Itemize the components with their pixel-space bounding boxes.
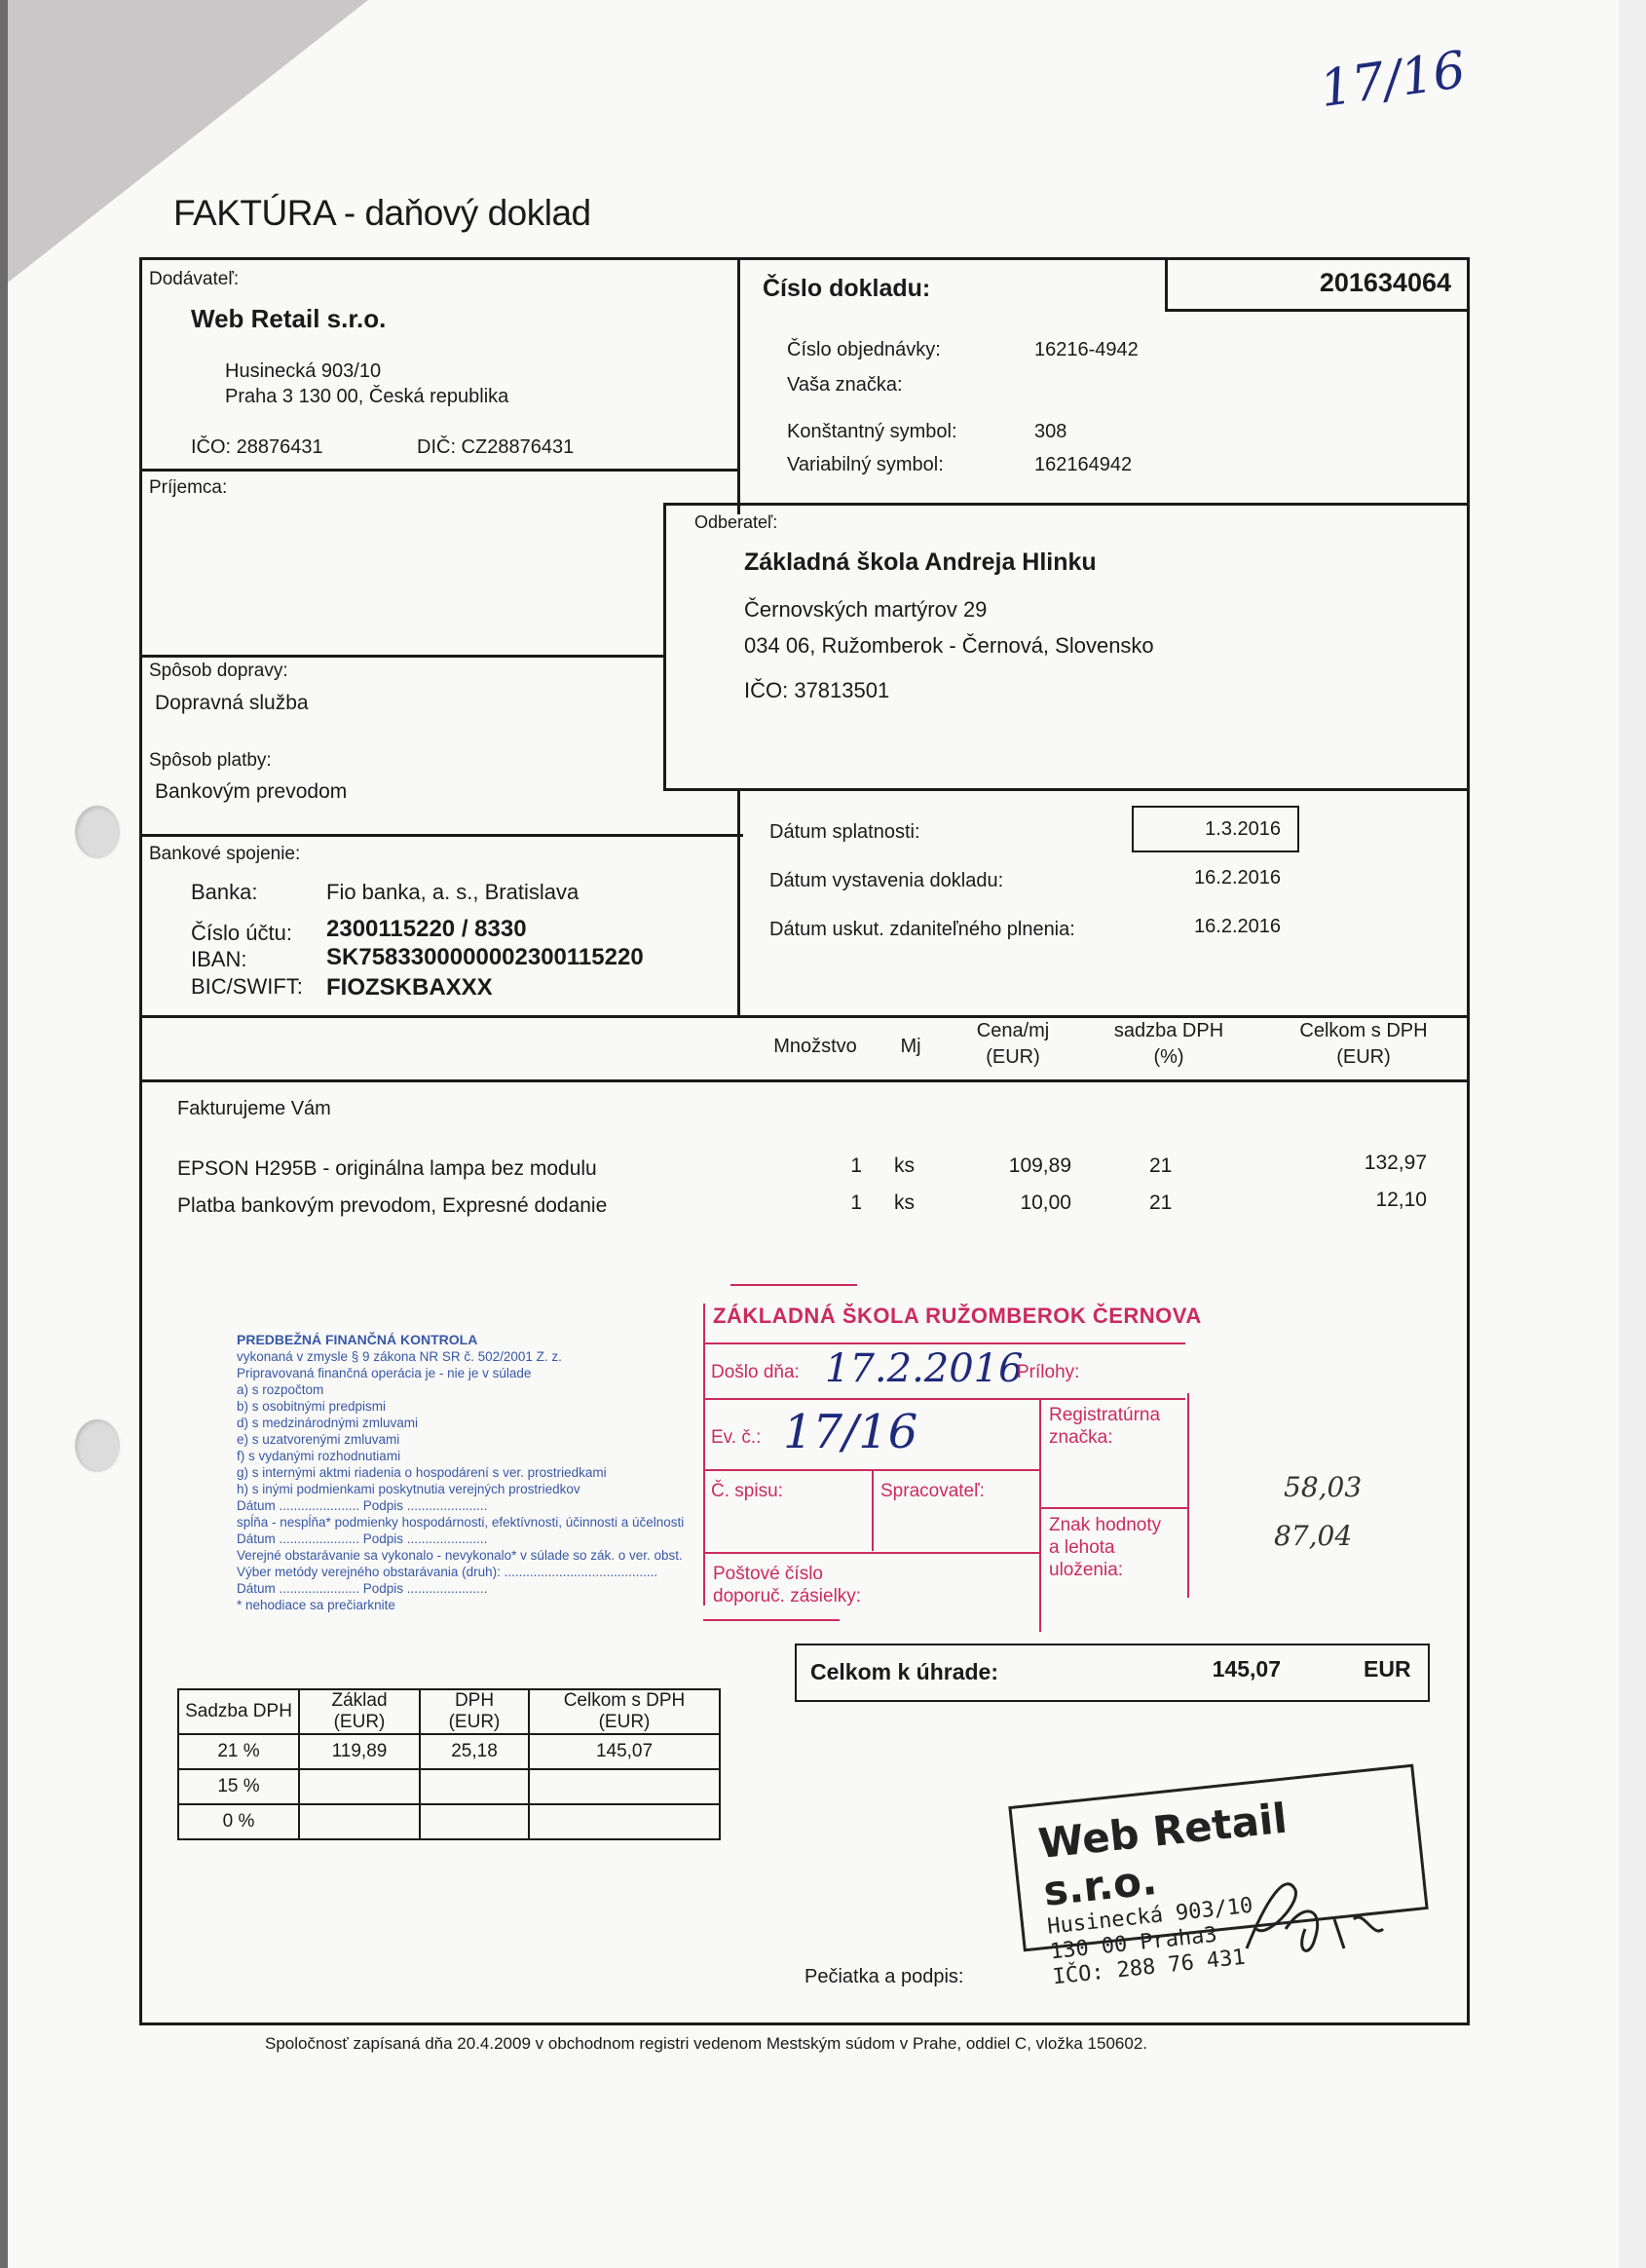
processor-label: Spracovateľ: — [880, 1481, 985, 1502]
vat-rate: 0 % — [178, 1804, 299, 1839]
vat-col-base: Základ (EUR) — [299, 1689, 420, 1734]
received-value: 17.2.2016 — [825, 1346, 1024, 1391]
swift-value: FIOZSKBAXXX — [326, 974, 493, 1002]
recipient-label: Príjemca: — [149, 477, 227, 499]
issue-date-value: 16.2.2016 — [1135, 867, 1281, 889]
payment-value: Bankovým prevodom — [155, 780, 347, 804]
account-label: Číslo účtu: — [191, 921, 292, 946]
col-qty-header: Množstvo — [762, 1036, 869, 1058]
signature-icon — [1227, 1861, 1403, 1968]
finance-control-line: Výber metódy verejného obstarávania (dru… — [237, 1564, 714, 1580]
taxable-date-value: 16.2.2016 — [1135, 916, 1281, 938]
scan-edge-right — [1619, 0, 1646, 2268]
item-total: 132,97 — [1305, 1152, 1427, 1175]
registry-stamp-heading: ZÁKLADNÁ ŠKOLA RUŽOMBEROK ČERNOVA — [713, 1304, 1202, 1329]
supplier-address-line2: Praha 3 130 00, Česká republika — [225, 386, 508, 408]
taxable-date-label: Dátum uskut. zdaniteľného plnenia: — [769, 919, 1075, 941]
vat-col-rate: Sadzba DPH — [178, 1689, 299, 1734]
vat-total: 145,07 — [529, 1734, 720, 1769]
registry-mark-label-1: Registratúrna — [1049, 1405, 1160, 1426]
item-qty: 1 — [808, 1154, 862, 1178]
customer-ico: IČO: 37813501 — [744, 678, 889, 703]
vat-rate: 21 % — [178, 1734, 299, 1769]
col-unit-header: Mj — [886, 1036, 935, 1058]
supplier-label: Dodávateľ: — [149, 269, 239, 290]
item-description: EPSON H295B - originálna lampa bez modul… — [177, 1157, 597, 1181]
divider — [139, 834, 743, 837]
customer-address-line2: 034 06, Ružomberok - Černová, Slovensko — [744, 633, 1154, 659]
due-date-label: Dátum splatnosti: — [769, 821, 920, 844]
divider — [737, 788, 740, 1018]
supplier-name: Web Retail s.r.o. — [191, 304, 386, 334]
item-description: Platba bankovým prevodom, Expresné dodan… — [177, 1194, 607, 1218]
document-number-label: Číslo dokladu: — [763, 275, 930, 303]
finance-control-line: * nehodiace sa prečiarknite — [237, 1597, 714, 1613]
finance-control-line: Dátum ...................... Podpis ....… — [237, 1531, 714, 1547]
received-label: Došlo dňa: — [711, 1362, 800, 1383]
finance-control-line: Pripravovaná finančná operácia je - nie … — [237, 1365, 714, 1381]
table-row: 0 % — [178, 1804, 720, 1839]
vat-summary-header-row: Sadzba DPH Základ (EUR) DPH (EUR) Celkom… — [178, 1689, 720, 1734]
order-number-value: 16216-4942 — [1034, 339, 1139, 361]
vat-base — [299, 1769, 420, 1804]
col-vat-header-1: sadzba DPH — [1091, 1020, 1247, 1042]
punch-hole-bottom — [73, 1417, 122, 1474]
finance-control-line: Dátum ...................... Podpis ....… — [237, 1497, 714, 1514]
col-total-header-1: Celkom s DPH — [1281, 1020, 1446, 1042]
finance-control-lines: vykonaná v zmysle § 9 zákona NR SR č. 50… — [237, 1348, 714, 1613]
account-value: 2300115220 / 8330 — [326, 916, 527, 943]
bank-label: Bankové spojenie: — [149, 844, 300, 865]
scan-edge-left — [0, 0, 8, 2268]
folded-corner — [8, 0, 368, 283]
finance-control-line: g) s internými aktmi riadenia o hospodár… — [237, 1464, 714, 1481]
finance-control-line: Verejné obstarávanie sa vykonalo - nevyk… — [237, 1547, 714, 1564]
vat-col-total: Celkom s DPH (EUR) — [529, 1689, 720, 1734]
items-intro: Fakturujeme Vám — [177, 1098, 331, 1120]
finance-control-line: vykonaná v zmysle § 9 zákona NR SR č. 50… — [237, 1348, 714, 1365]
finance-control-line: spĺňa - nespĺňa* podmienky hospodárnosti… — [237, 1514, 714, 1531]
col-vat-header-2: (%) — [1091, 1046, 1247, 1069]
table-row: 21 % 119,89 25,18 145,07 — [178, 1734, 720, 1769]
total-label: Celkom k úhrade: — [810, 1659, 998, 1685]
document-number-value: 201634064 — [1169, 268, 1451, 298]
vat-tax — [420, 1804, 529, 1839]
col-price-header-2: (EUR) — [954, 1046, 1071, 1069]
vat-col-tax: DPH (EUR) — [420, 1689, 529, 1734]
customer-label: Odberateľ: — [694, 512, 777, 533]
finance-control-line: Dátum ...................... Podpis ....… — [237, 1580, 714, 1597]
finance-control-line: e) s uzatvorenými zmluvami — [237, 1431, 714, 1448]
finance-control-heading: PREDBEŽNÁ FINANČNÁ KONTROLA — [237, 1332, 714, 1348]
iban-label: IBAN: — [191, 947, 246, 972]
total-value: 145,07 — [1120, 1656, 1281, 1682]
footer-registration: Spoločnosť zapísaná dňa 20.4.2009 v obch… — [265, 2034, 1147, 2054]
col-price-header-1: Cena/mj — [954, 1020, 1071, 1042]
your-ref-label: Vaša značka: — [787, 374, 903, 397]
finance-control-line: b) s osobitnými predpismi — [237, 1398, 714, 1415]
registry-stamp: ZÁKLADNÁ ŠKOLA RUŽOMBEROK ČERNOVA Došlo … — [703, 1276, 1251, 1625]
divider — [139, 1015, 1470, 1018]
value-mark-label-2: a lehota — [1049, 1537, 1115, 1559]
handwritten-reference: 17/16 — [1317, 41, 1470, 119]
item-unit: ks — [894, 1154, 915, 1178]
vat-total — [529, 1804, 720, 1839]
attachments-label: Prílohy: — [1017, 1362, 1079, 1383]
vat-base: 119,89 — [299, 1734, 420, 1769]
divider — [139, 1079, 1470, 1082]
item-price: 10,00 — [964, 1191, 1071, 1215]
col-total-header-2: (EUR) — [1281, 1046, 1446, 1069]
variable-symbol-label: Variabilný symbol: — [787, 454, 944, 476]
vat-tax: 25,18 — [420, 1734, 529, 1769]
handwritten-note-2: 87,04 — [1274, 1520, 1352, 1552]
supplier-dic: DIČ: CZ28876431 — [417, 436, 574, 459]
finance-control-stamp: PREDBEŽNÁ FINANČNÁ KONTROLA vykonaná v z… — [237, 1332, 714, 1613]
bank-name-label: Banka: — [191, 880, 258, 905]
issue-date-label: Dátum vystavenia dokladu: — [769, 870, 1003, 892]
vat-base — [299, 1804, 420, 1839]
variable-symbol-value: 162164942 — [1034, 454, 1132, 476]
item-vat: 21 — [1149, 1191, 1172, 1215]
supplier-address-line1: Husinecká 903/10 — [225, 360, 381, 383]
customer-name: Základná škola Andreja Hlinku — [744, 548, 1097, 577]
divider — [139, 655, 665, 658]
item-qty: 1 — [808, 1191, 862, 1215]
bank-name-value: Fio banka, a. s., Bratislava — [326, 880, 579, 905]
finance-control-line: h) s inými podmienkami poskytnutia verej… — [237, 1481, 714, 1497]
due-date-value: 1.3.2016 — [1135, 818, 1281, 841]
item-total: 12,10 — [1305, 1189, 1427, 1212]
postal-label-2: doporuč. zásielky: — [713, 1586, 861, 1607]
vat-tax — [420, 1769, 529, 1804]
scanned-invoice-page: 17/16 FAKTÚRA - daňový doklad Dodávateľ:… — [0, 0, 1646, 2268]
swift-label: BIC/SWIFT: — [191, 974, 303, 1000]
record-number-value: 17/16 — [783, 1405, 917, 1459]
registry-mark-label-2: značka: — [1049, 1427, 1112, 1449]
value-mark-label-1: Znak hodnoty — [1049, 1515, 1161, 1536]
delivery-value: Dopravná služba — [155, 692, 309, 715]
constant-symbol-label: Konštantný symbol: — [787, 421, 957, 443]
vat-rate: 15 % — [178, 1769, 299, 1804]
constant-symbol-value: 308 — [1034, 421, 1066, 443]
item-unit: ks — [894, 1191, 915, 1215]
postal-label-1: Poštové číslo — [713, 1564, 823, 1585]
vat-summary-table: Sadzba DPH Základ (EUR) DPH (EUR) Celkom… — [177, 1688, 721, 1840]
document-title: FAKTÚRA - daňový doklad — [173, 193, 591, 234]
iban-value: SK7583300000002300115220 — [326, 944, 644, 971]
signature-label: Pečiatka a podpis: — [804, 1966, 963, 1988]
vat-total — [529, 1769, 720, 1804]
finance-control-line: d) s medzinárodnými zmluvami — [237, 1415, 714, 1431]
payment-label: Spôsob platby: — [149, 750, 272, 772]
value-mark-label-3: uloženia: — [1049, 1560, 1123, 1581]
total-currency: EUR — [1364, 1656, 1411, 1682]
table-row: 15 % — [178, 1769, 720, 1804]
punch-hole-top — [73, 804, 122, 860]
divider — [737, 257, 740, 514]
delivery-label: Spôsob dopravy: — [149, 661, 288, 682]
handwritten-note-1: 58,03 — [1284, 1471, 1362, 1503]
customer-address-line1: Černovských martýrov 29 — [744, 597, 987, 623]
file-number-label: Č. spisu: — [711, 1481, 783, 1502]
divider — [139, 469, 740, 472]
item-price: 109,89 — [964, 1154, 1071, 1178]
finance-control-line: a) s rozpočtom — [237, 1381, 714, 1398]
record-number-label: Ev. č.: — [711, 1427, 761, 1449]
order-number-label: Číslo objednávky: — [787, 339, 941, 361]
item-vat: 21 — [1149, 1154, 1172, 1178]
supplier-ico: IČO: 28876431 — [191, 436, 323, 459]
finance-control-line: f) s vydanými rozhodnutiami — [237, 1448, 714, 1464]
